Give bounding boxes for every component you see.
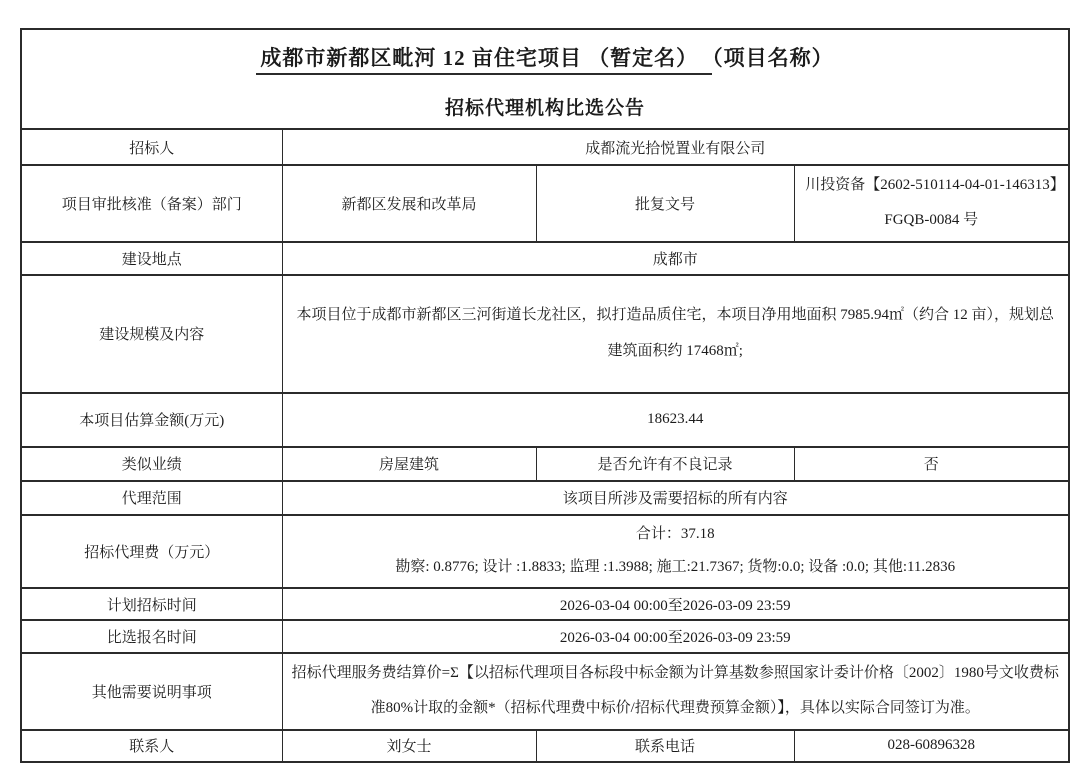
scale-label: 建设规模及内容 bbox=[21, 275, 282, 393]
table-row-location: 建设地点 成都市 bbox=[21, 242, 1069, 275]
tender-time-value: 2026-03-04 00:00至2026-03-09 23:59 bbox=[282, 588, 1069, 620]
tender-time-label: 计划招标时间 bbox=[21, 588, 282, 620]
title-row: 成都市新都区毗河 12 亩住宅项目 （暂定名）（项目名称） 招标代理机构比选公告 bbox=[21, 29, 1069, 129]
agency-scope-label: 代理范围 bbox=[21, 481, 282, 515]
bidder-value: 成都流光拾悦置业有限公司 bbox=[282, 129, 1069, 165]
other-notes-label: 其他需要说明事项 bbox=[21, 653, 282, 730]
table-row-agency-scope: 代理范围 该项目所涉及需要招标的所有内容 bbox=[21, 481, 1069, 515]
estimate-label: 本项目估算金额(万元) bbox=[21, 393, 282, 447]
project-name-underlined: 成都市新都区毗河 12 亩住宅项目 （暂定名） bbox=[256, 46, 712, 75]
table-row-scale: 建设规模及内容 本项目位于成都市新都区三河街道长龙社区，拟打造品质住宅，本项目净… bbox=[21, 275, 1069, 393]
agency-fee-breakdown: 勘察: 0.8776; 设计 :1.8833; 监理 :1.3988; 施工:2… bbox=[291, 551, 1061, 585]
experience-value: 房屋建筑 bbox=[282, 447, 536, 481]
contact-value: 刘女士 bbox=[282, 730, 536, 762]
contact-label: 联系人 bbox=[21, 730, 282, 762]
scale-value: 本项目位于成都市新都区三河街道长龙社区，拟打造品质住宅，本项目净用地面积 798… bbox=[282, 275, 1069, 393]
announcement-title: 招标代理机构比选公告 bbox=[30, 93, 1060, 120]
table-row-contact: 联系人 刘女士 联系电话 028-60896328 bbox=[21, 730, 1069, 762]
approval-dept-value: 新都区发展和改革局 bbox=[282, 165, 536, 242]
approval-dept-label: 项目审批核准（备案）部门 bbox=[21, 165, 282, 242]
table-row-experience: 类似业绩 房屋建筑 是否允许有不良记录 否 bbox=[21, 447, 1069, 481]
table-row-signup-time: 比选报名时间 2026-03-04 00:00至2026-03-09 23:59 bbox=[21, 620, 1069, 653]
table-row-approval: 项目审批核准（备案）部门 新都区发展和改革局 批复文号 川投资备【2602-51… bbox=[21, 165, 1069, 242]
approval-doc-value: 川投资备【2602-510114-04-01-146313】FGQB-0084 … bbox=[794, 165, 1069, 242]
table-row-agency-fee: 招标代理费（万元） 合计：37.18 勘察: 0.8776; 设计 :1.883… bbox=[21, 515, 1069, 589]
phone-value: 028-60896328 bbox=[794, 730, 1069, 762]
phone-label: 联系电话 bbox=[536, 730, 794, 762]
tender-announcement-table: 成都市新都区毗河 12 亩住宅项目 （暂定名）（项目名称） 招标代理机构比选公告… bbox=[20, 28, 1070, 763]
agency-fee-label: 招标代理费（万元） bbox=[21, 515, 282, 589]
project-title: 成都市新都区毗河 12 亩住宅项目 （暂定名）（项目名称） bbox=[30, 42, 1060, 72]
bad-record-value: 否 bbox=[794, 447, 1069, 481]
approval-doc-label: 批复文号 bbox=[536, 165, 794, 242]
experience-label: 类似业绩 bbox=[21, 447, 282, 481]
table-row-bidder: 招标人 成都流光拾悦置业有限公司 bbox=[21, 129, 1069, 165]
agency-scope-value: 该项目所涉及需要招标的所有内容 bbox=[282, 481, 1069, 515]
estimate-value: 18623.44 bbox=[282, 393, 1069, 447]
project-name-suffix: （项目名称） bbox=[712, 46, 834, 70]
table-row-tender-time: 计划招标时间 2026-03-04 00:00至2026-03-09 23:59 bbox=[21, 588, 1069, 620]
bidder-label: 招标人 bbox=[21, 129, 282, 165]
agency-fee-value: 合计：37.18 勘察: 0.8776; 设计 :1.8833; 监理 :1.3… bbox=[282, 515, 1069, 589]
location-label: 建设地点 bbox=[21, 242, 282, 275]
signup-time-label: 比选报名时间 bbox=[21, 620, 282, 653]
agency-fee-total: 合计：37.18 bbox=[291, 518, 1061, 552]
location-value: 成都市 bbox=[282, 242, 1069, 275]
title-cell: 成都市新都区毗河 12 亩住宅项目 （暂定名）（项目名称） 招标代理机构比选公告 bbox=[21, 29, 1069, 129]
table-row-other-notes: 其他需要说明事项 招标代理服务费结算价=Σ【以招标代理项目各标段中标金额为计算基… bbox=[21, 653, 1069, 730]
signup-time-value: 2026-03-04 00:00至2026-03-09 23:59 bbox=[282, 620, 1069, 653]
table-row-estimate: 本项目估算金额(万元) 18623.44 bbox=[21, 393, 1069, 447]
bad-record-label: 是否允许有不良记录 bbox=[536, 447, 794, 481]
other-notes-value: 招标代理服务费结算价=Σ【以招标代理项目各标段中标金额为计算基数参照国家计委计价… bbox=[282, 653, 1069, 730]
